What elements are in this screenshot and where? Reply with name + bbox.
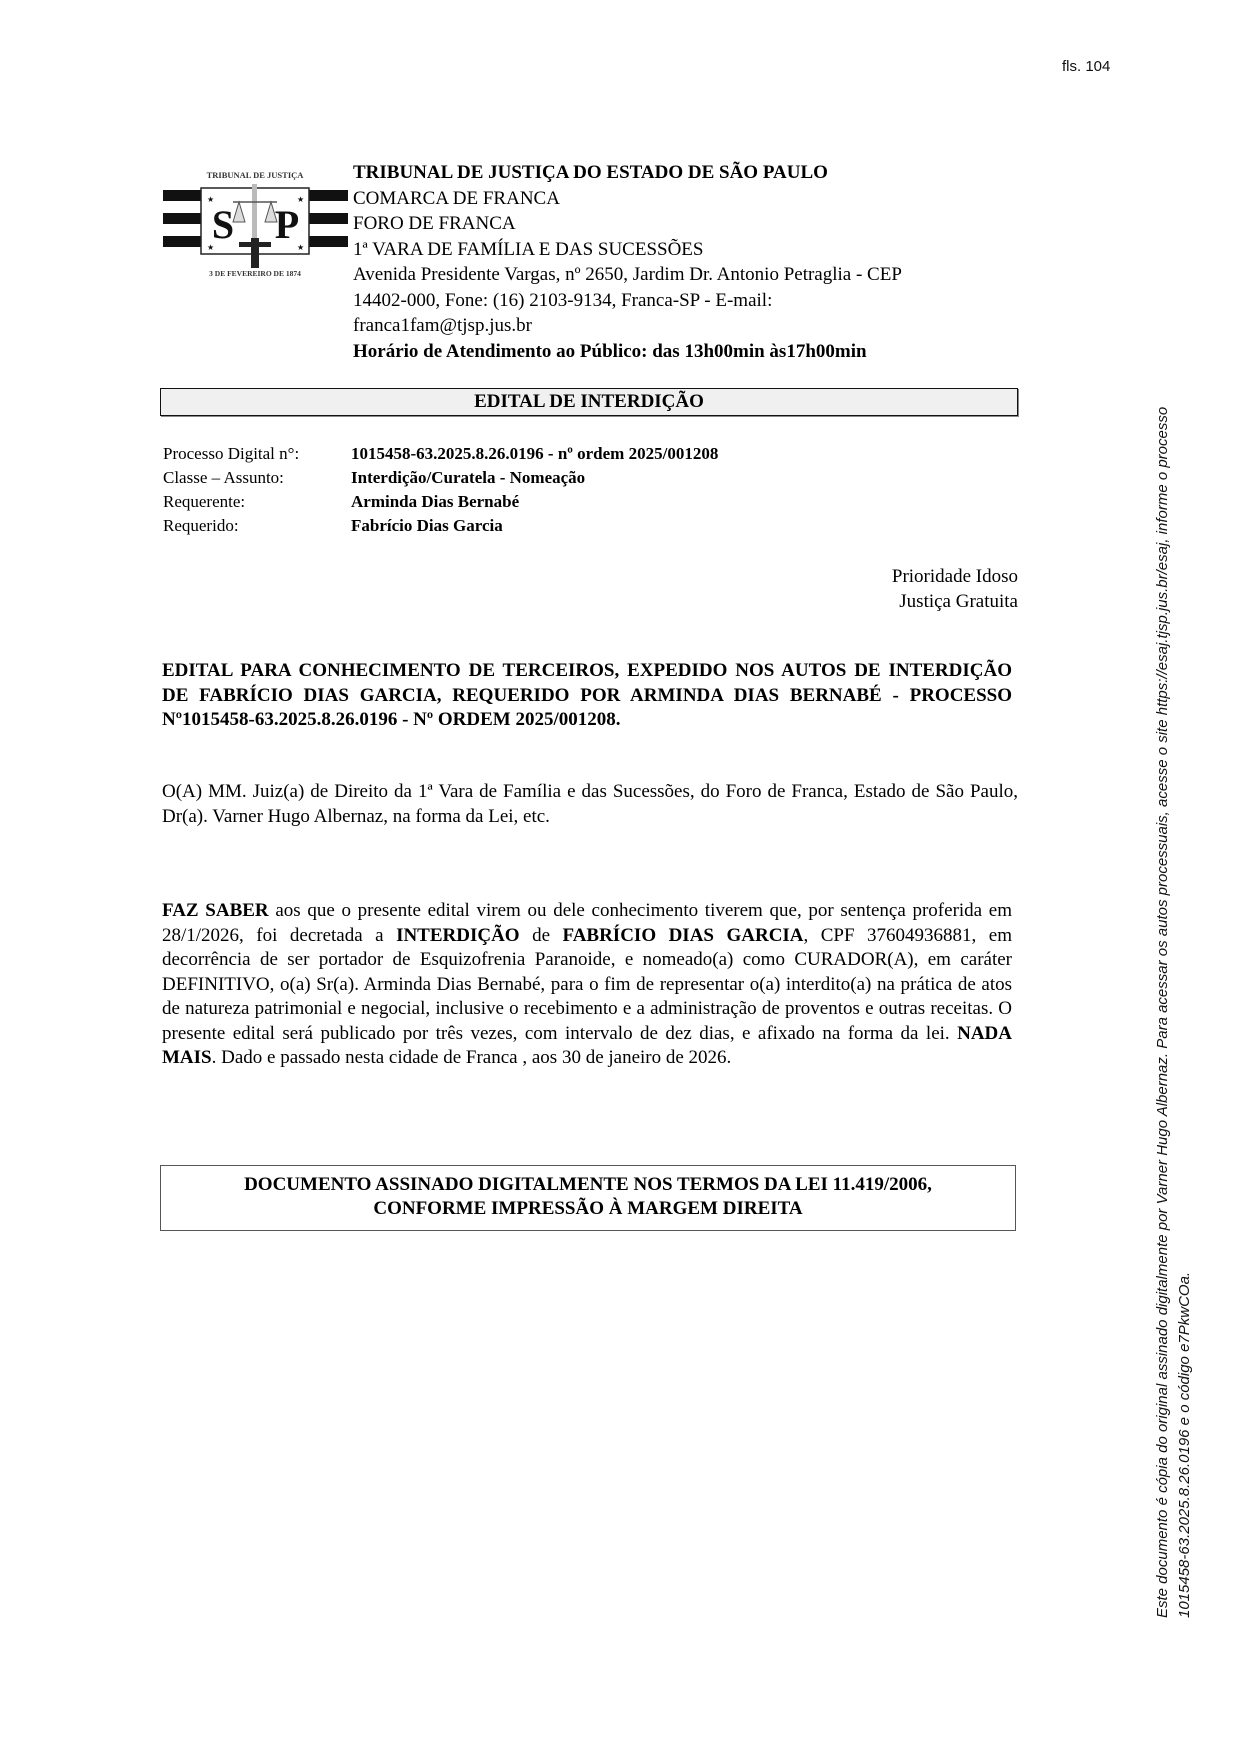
signature-line-2: CONFORME IMPRESSÃO À MARGEM DIREITA [161,1197,1015,1221]
case-info-row: Requerido: Fabrício Dias Garcia [163,514,718,538]
address-line-2: 14402-000, Fone: (16) 2103-9134, Franca-… [353,288,902,314]
case-info-label: Processo Digital n°: [163,442,351,466]
signature-line-1: DOCUMENTO ASSINADO DIGITALMENTE NOS TERM… [161,1173,1015,1197]
case-info-value: Arminda Dias Bernabé [351,490,519,514]
case-info-label: Classe – Assunto: [163,466,351,490]
vara: 1ª VARA DE FAMÍLIA E DAS SUCESSÕES [353,237,902,263]
case-info-row: Requerente: Arminda Dias Bernabé [163,490,718,514]
digital-signature-notice: DOCUMENTO ASSINADO DIGITALMENTE NOS TERM… [160,1165,1016,1231]
svg-text:TRIBUNAL DE JUSTIÇA: TRIBUNAL DE JUSTIÇA [207,170,305,180]
case-info-row: Processo Digital n°: 1015458-63.2025.8.2… [163,442,718,466]
page-folio-number: fls. 104 [1062,58,1110,75]
svg-text:S: S [212,202,234,247]
court-email: franca1fam@tjsp.jus.br [353,313,902,339]
margin-authentication-stamp: Este documento é cópia do original assin… [1152,407,1196,1618]
svg-text:★: ★ [207,195,214,204]
case-info-label: Requerente: [163,490,351,514]
case-info-value: Interdição/Curatela - Nomeação [351,466,585,490]
svg-text:★: ★ [207,243,214,252]
svg-text:★: ★ [297,243,304,252]
case-info-label: Requerido: [163,514,351,538]
case-info-value: 1015458-63.2025.8.26.0196 - nº ordem 202… [351,442,718,466]
foro: FORO DE FRANCA [353,211,902,237]
comarca: COMARCA DE FRANCA [353,186,902,212]
edital-heading: EDITAL PARA CONHECIMENTO DE TERCEIROS, E… [162,659,1012,733]
flag-priority-elderly: Prioridade Idoso [892,564,1018,589]
flag-free-justice: Justiça Gratuita [892,589,1018,614]
court-name: TRIBUNAL DE JUSTIÇA DO ESTADO DE SÃO PAU… [353,160,902,186]
public-hours: Horário de Atendimento ao Público: das 1… [353,339,902,365]
case-flags: Prioridade Idoso Justiça Gratuita [892,564,1018,614]
margin-stamp-access: Para acessar os autos processuais, acess… [1154,407,1171,1049]
case-info-row: Classe – Assunto: Interdição/Curatela - … [163,466,718,490]
court-header: TRIBUNAL DE JUSTIÇA DO ESTADO DE SÃO PAU… [353,160,902,364]
scales-of-justice-emblem-icon: TRIBUNAL DE JUSTIÇA S P ★ ★ ★ ★ 3 DE FEV… [163,150,348,282]
case-info-value: Fabrício Dias Garcia [351,514,503,538]
edital-body: FAZ SABER aos que o presente edital vire… [162,899,1012,1071]
judge-intro: O(A) MM. Juiz(a) de Direito da 1ª Vara d… [162,780,1018,829]
case-info-table: Processo Digital n°: 1015458-63.2025.8.2… [163,442,718,538]
margin-stamp-line-2: 1015458-63.2025.8.26.0196 e o código e7P… [1174,407,1196,1618]
address-line-1: Avenida Presidente Vargas, nº 2650, Jard… [353,262,902,288]
svg-text:★: ★ [297,195,304,204]
margin-stamp-signer: Este documento é cópia do original assin… [1154,1049,1171,1618]
margin-stamp-line-1: Este documento é cópia do original assin… [1152,407,1174,1618]
svg-text:P: P [275,202,299,247]
svg-text:3 DE FEVEREIRO DE 1874: 3 DE FEVEREIRO DE 1874 [209,269,301,278]
body-bold: INTERDIÇÃO [396,925,520,946]
tjsp-logo: TRIBUNAL DE JUSTIÇA S P ★ ★ ★ ★ 3 DE FEV… [163,150,348,282]
body-text: . Dado e passado nesta cidade de Franca … [212,1047,732,1068]
body-bold: FABRÍCIO DIAS GARCIA [563,925,804,946]
document-title: EDITAL DE INTERDIÇÃO [160,388,1018,416]
body-text: de [520,925,563,946]
body-bold: FAZ SABER [162,900,269,921]
